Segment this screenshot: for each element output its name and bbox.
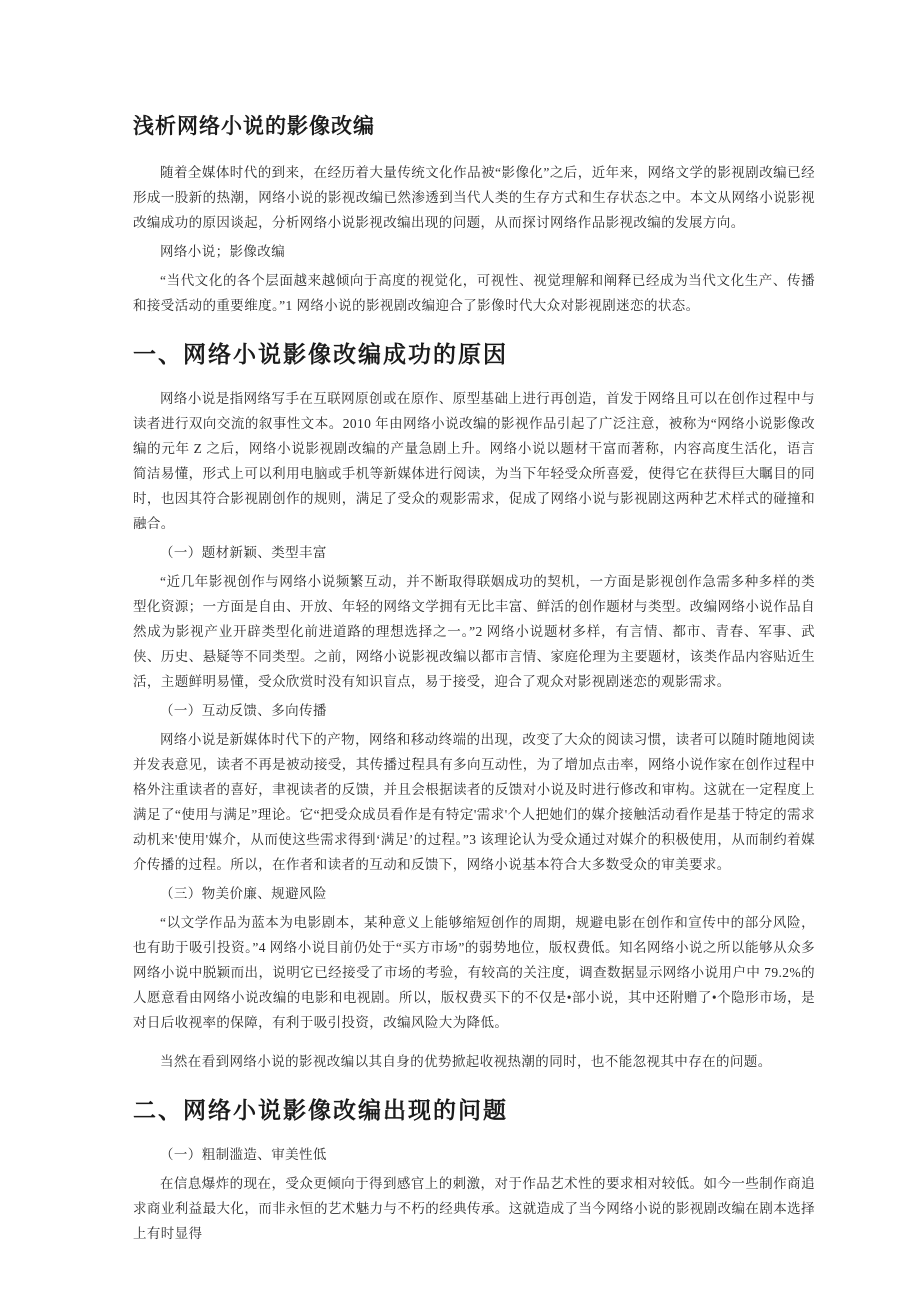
section-1-subsection-3-paragraph: “以文学作品为蓝本为电影剧本，某种意义上能够缩短创作的周期，规避电影在创作和宣传… <box>133 910 815 1035</box>
section-2-subsection-1-paragraph: 在信息爆炸的现在，受众更倾向于得到感官上的刺激，对于作品艺术性的要求相对较低。如… <box>133 1171 815 1246</box>
section-1-subsection-1-paragraph: “近几年影视创作与网络小说频繁互动，并不断取得联姻成功的契机，一方面是影视创作急… <box>133 569 815 694</box>
section-2-heading: 二、网络小说影像改编出现的问题 <box>133 1096 815 1126</box>
section-1-heading: 一、网络小说影像改编成功的原因 <box>133 340 815 370</box>
section-1-lead-paragraph: 网络小说是指网络写手在互联网原创或在原作、原型基础上进行再创造，首发于网络且可以… <box>133 386 815 536</box>
section-1-subheading-2: （一）互动反馈、多向传播 <box>133 698 815 723</box>
section-1-subheading-3: （三）物美价廉、规避风险 <box>133 881 815 906</box>
abstract-paragraph: 随着全媒体时代的到来，在经历着大量传统文化作品被“影像化”之后，近年来，网络文学… <box>133 160 815 235</box>
section-1-subsection-2-paragraph: 网络小说是新媒体时代下的产物，网络和移动终端的出现，改变了大众的阅读习惯，读者可… <box>133 727 815 877</box>
keywords-line: 网络小说；影像改编 <box>133 239 815 264</box>
document-page: 浅析网络小说的影像改编 随着全媒体时代的到来，在经历着大量传统文化作品被“影像化… <box>0 0 920 1301</box>
intro-paragraph: “当代文化的各个层面越来越倾向于高度的视觉化，可视性、视觉理解和阐释已经成为当代… <box>133 268 815 318</box>
document-title: 浅析网络小说的影像改编 <box>133 112 815 140</box>
section-1-closing-paragraph: 当然在看到网络小说的影视改编以其自身的优势掀起收视热潮的同时，也不能忽视其中存在… <box>133 1049 815 1074</box>
section-2-subheading-1: （一）粗制滥造、审美性低 <box>133 1142 815 1167</box>
section-1-subheading-1: （一）题材新颖、类型丰富 <box>133 540 815 565</box>
